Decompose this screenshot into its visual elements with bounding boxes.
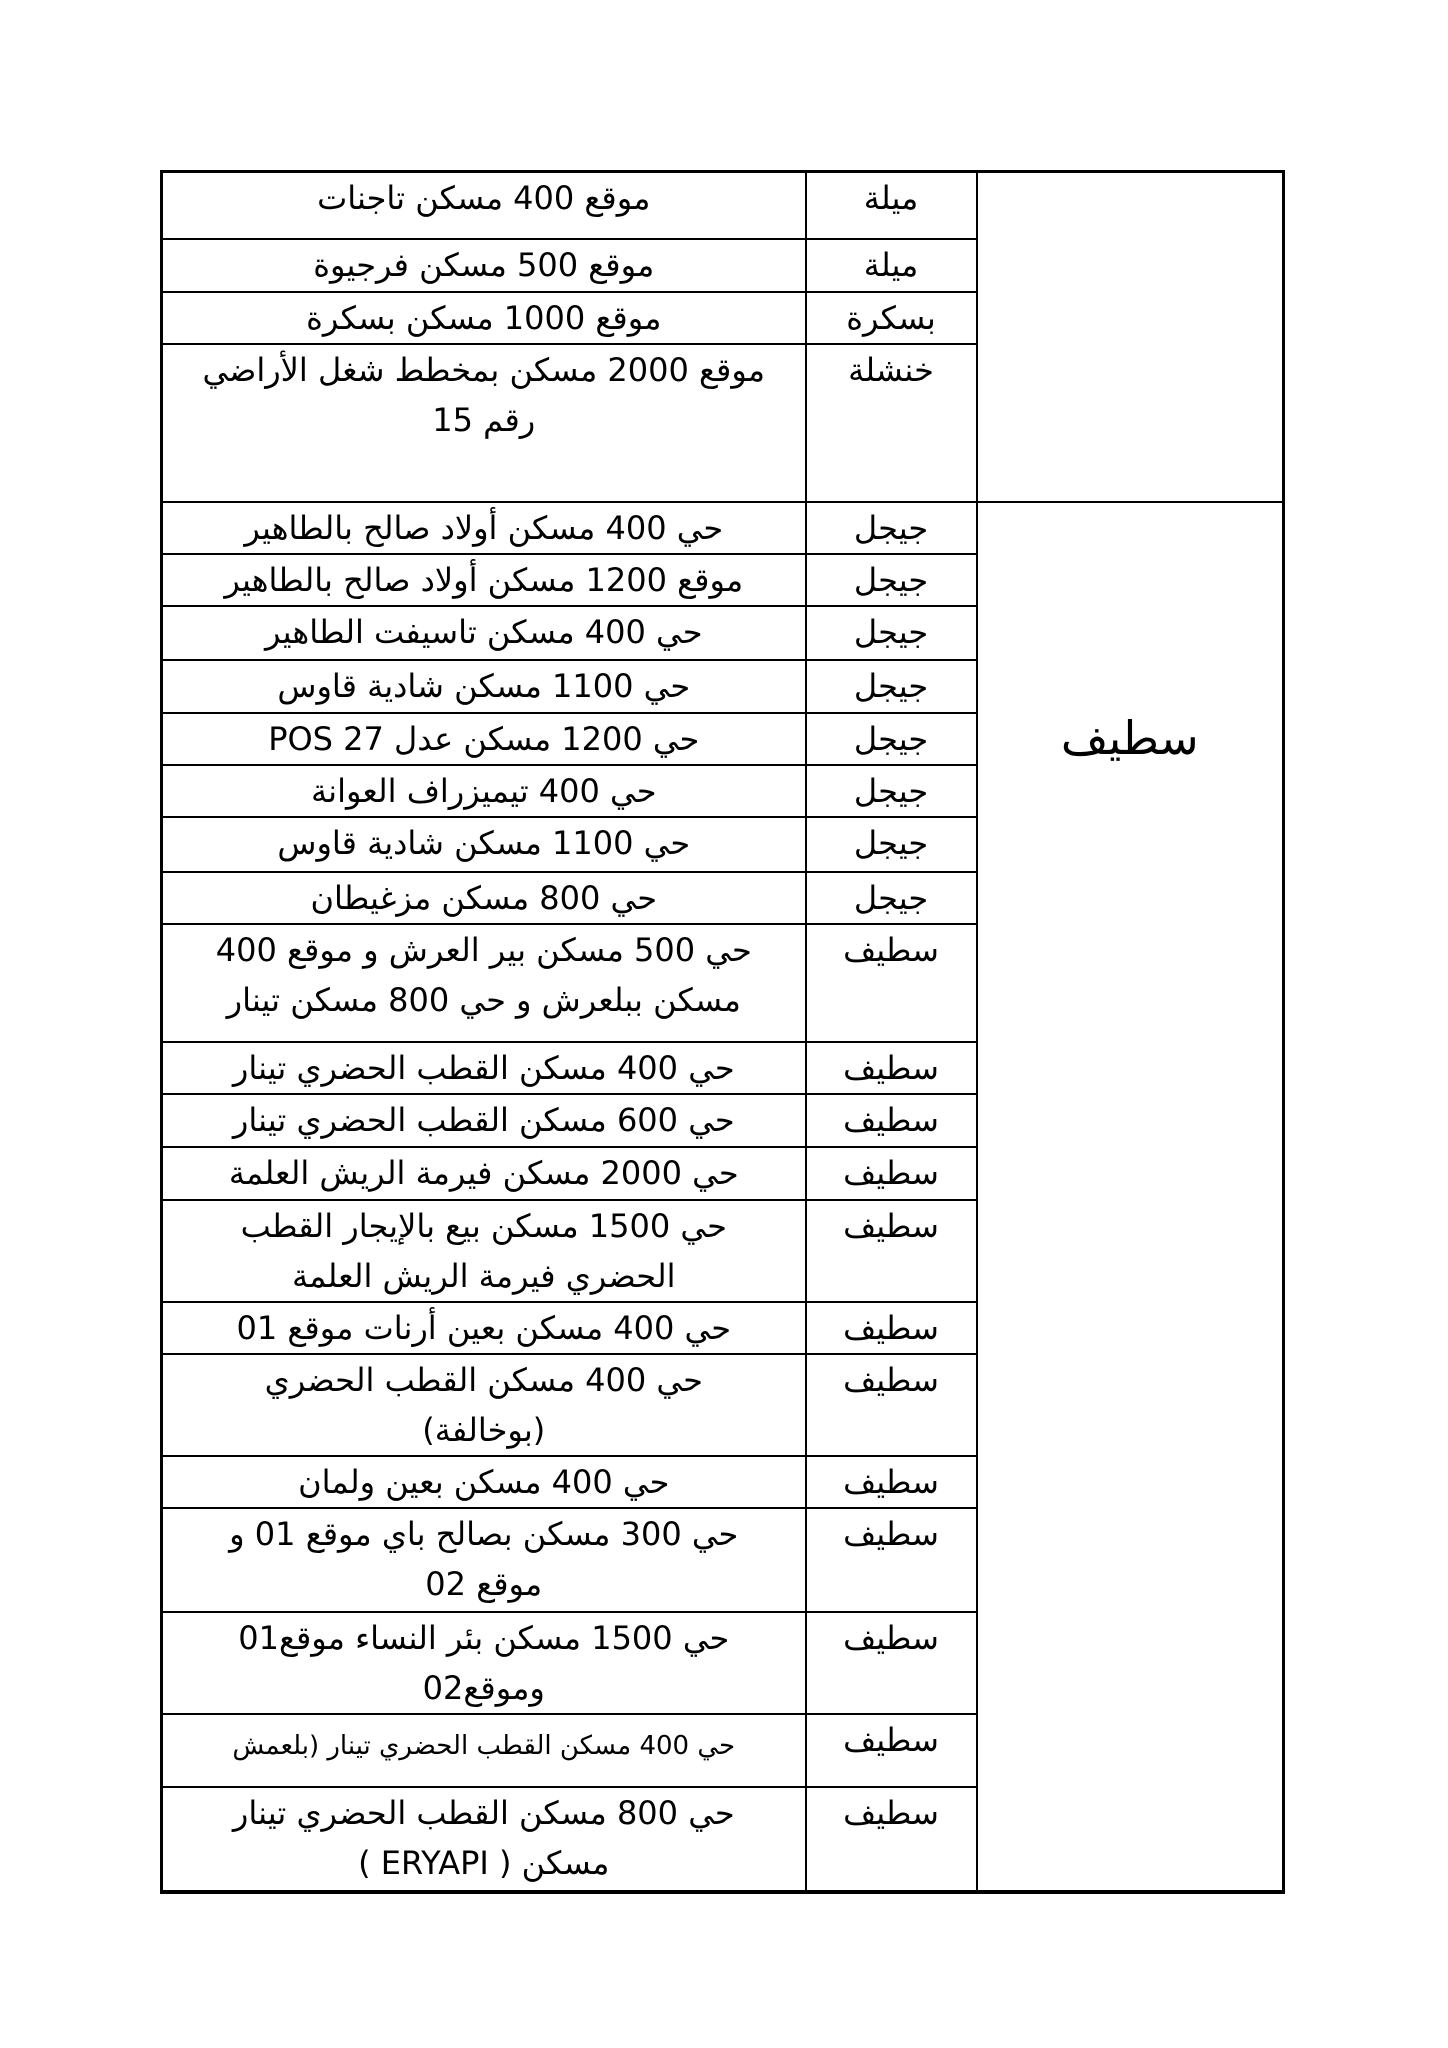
city-cell: خنشلة: [806, 344, 977, 502]
site-description-cell: حي 1100 مسكن شادية قاوس: [162, 660, 806, 713]
site-description-cell: موقع 400 مسكن تاجنات: [162, 172, 806, 239]
city-cell: سطيف: [806, 1714, 977, 1787]
site-description-cell: حي 1500 مسكن بيع بالإيجار القطب الحضري ف…: [162, 1200, 806, 1302]
city-cell: جيجل: [806, 872, 977, 924]
city-cell: سطيف: [806, 1508, 977, 1612]
wilaya-cell-setif: سطيف: [977, 502, 1284, 1892]
site-description-cell: موقع 1000 مسكن بسكرة: [162, 292, 806, 344]
site-description-cell: حي 600 مسكن القطب الحضري تينار: [162, 1094, 806, 1147]
city-cell: جيجل: [806, 660, 977, 713]
wilaya-label: سطيف: [978, 503, 1283, 768]
wilaya-cell-empty: [977, 172, 1284, 502]
site-description-cell: موقع 500 مسكن فرجيوة: [162, 239, 806, 292]
city-cell: جيجل: [806, 502, 977, 554]
site-description-cell: موقع 1200 مسكن أولاد صالح بالطاهير: [162, 554, 806, 606]
city-cell: سطيف: [806, 924, 977, 1042]
housing-table-wrapper: ميلةموقع 400 مسكن تاجناتميلةموقع 500 مسك…: [160, 170, 1282, 1894]
city-cell: جيجل: [806, 765, 977, 817]
site-description-cell: حي 400 مسكن بعين أرنات موقع 01: [162, 1302, 806, 1354]
site-description-cell: حي 400 مسكن القطب الحضري تينار: [162, 1042, 806, 1094]
city-cell: سطيف: [806, 1787, 977, 1892]
site-description-cell: حي 1100 مسكن شادية قاوس: [162, 817, 806, 872]
site-description-cell: حي 400 مسكن القطب الحضري تينار (بلعمش: [162, 1714, 806, 1787]
site-description-cell: حي 500 مسكن بير العرش و موقع 400 مسكن بب…: [162, 924, 806, 1042]
city-cell: سطيف: [806, 1042, 977, 1094]
site-description-cell: حي 1200 مسكن عدل POS 27: [162, 713, 806, 765]
city-cell: سطيف: [806, 1612, 977, 1714]
city-cell: سطيف: [806, 1200, 977, 1302]
site-description-cell: حي 800 مسكن القطب الحضري تينار مسكن ( ER…: [162, 1787, 806, 1892]
city-cell: جيجل: [806, 554, 977, 606]
housing-table-body: ميلةموقع 400 مسكن تاجناتميلةموقع 500 مسك…: [162, 172, 1284, 1892]
site-description-cell: حي 1500 مسكن بئر النساء موقع01 وموقع02: [162, 1612, 806, 1714]
city-cell: سطيف: [806, 1094, 977, 1147]
city-cell: جيجل: [806, 606, 977, 660]
site-description-cell: حي 800 مسكن مزغيطان: [162, 872, 806, 924]
city-cell: ميلة: [806, 172, 977, 239]
site-description-cell: حي 2000 مسكن فيرمة الريش العلمة: [162, 1147, 806, 1200]
site-description-cell: موقع 2000 مسكن بمخطط شغل الأراضي رقم 15: [162, 344, 806, 502]
city-cell: سطيف: [806, 1147, 977, 1200]
table-row: ميلةموقع 400 مسكن تاجنات: [162, 172, 1284, 239]
city-cell: سطيف: [806, 1302, 977, 1354]
site-description-cell: حي 400 مسكن تاسيفت الطاهير: [162, 606, 806, 660]
table-row: سطيفجيجلحي 400 مسكن أولاد صالح بالطاهير: [162, 502, 1284, 554]
city-cell: جيجل: [806, 713, 977, 765]
site-description-cell: حي 400 مسكن أولاد صالح بالطاهير: [162, 502, 806, 554]
city-cell: بسكرة: [806, 292, 977, 344]
city-cell: جيجل: [806, 817, 977, 872]
site-description-cell: حي 400 تيميزراف العوانة: [162, 765, 806, 817]
site-description-cell: حي 400 مسكن القطب الحضري (بوخالفة): [162, 1354, 806, 1456]
document-page: ميلةموقع 400 مسكن تاجناتميلةموقع 500 مسك…: [0, 0, 1448, 2048]
site-description-cell: حي 400 مسكن بعين ولمان: [162, 1456, 806, 1508]
city-cell: سطيف: [806, 1354, 977, 1456]
city-cell: سطيف: [806, 1456, 977, 1508]
housing-sites-table: ميلةموقع 400 مسكن تاجناتميلةموقع 500 مسك…: [160, 170, 1285, 1894]
site-description-cell: حي 300 مسكن بصالح باي موقع 01 و موقع 02: [162, 1508, 806, 1612]
city-cell: ميلة: [806, 239, 977, 292]
